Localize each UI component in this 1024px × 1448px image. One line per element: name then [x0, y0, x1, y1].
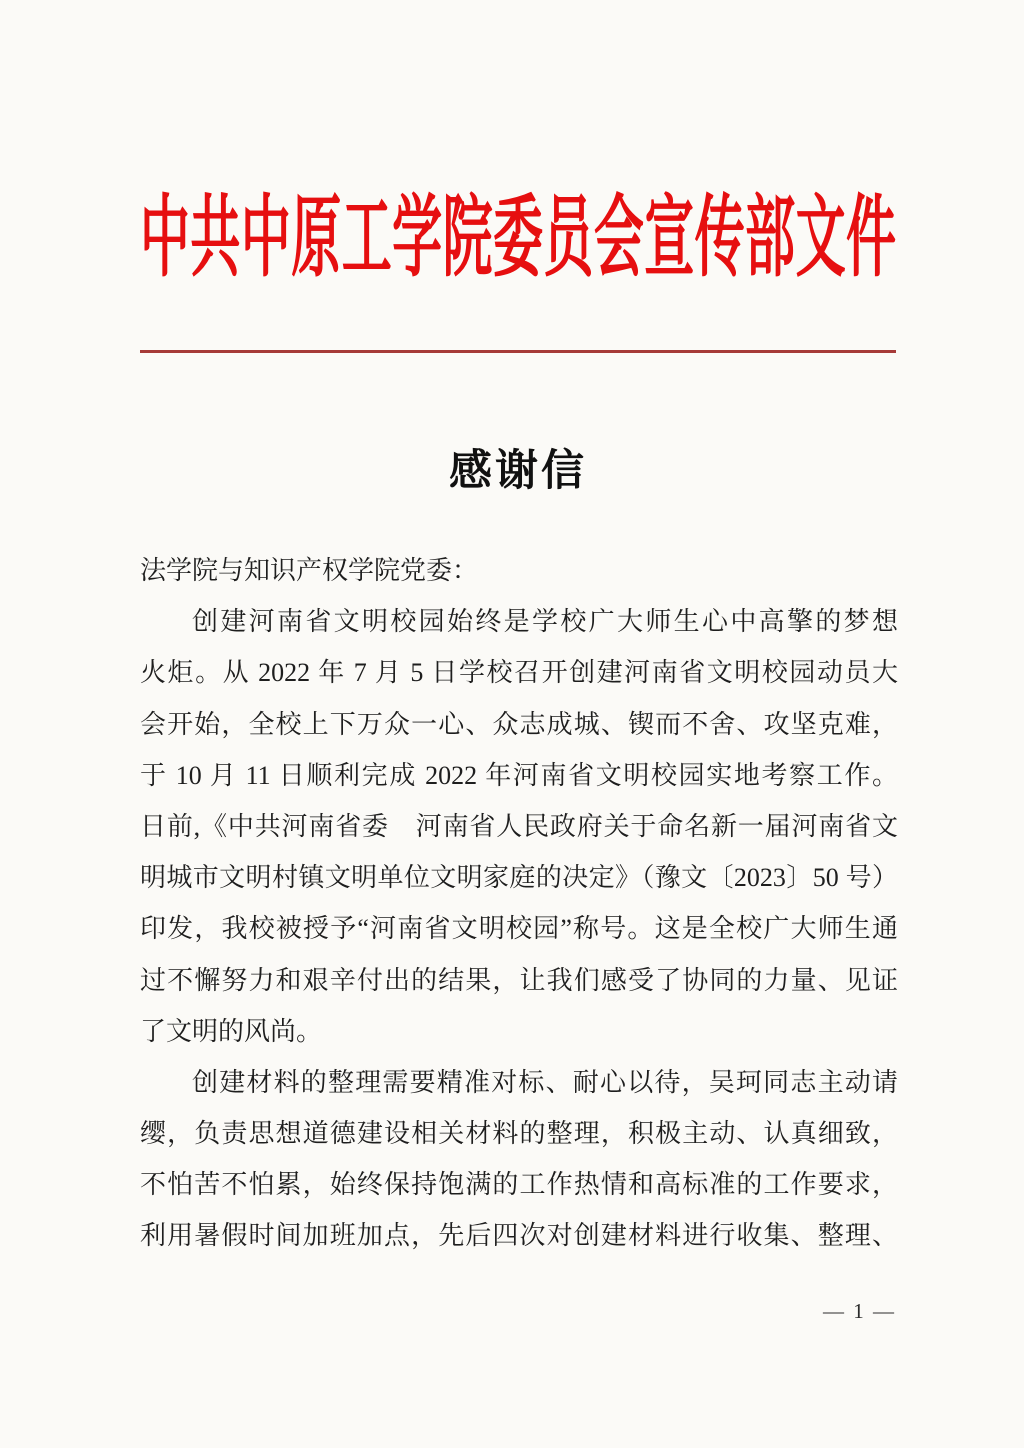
- red-header-title: 中共中原工学院委员会宣传部文件: [140, 186, 896, 289]
- body-line: 于 10 月 11 日顺利完成 2022 年河南省文明校园实地考察工作。: [140, 750, 898, 801]
- body-line: 创建河南省文明校园始终是学校广大师生心中高擎的梦想: [140, 596, 898, 647]
- body-line: 明城市文明村镇文明单位文明家庭的决定》（豫文〔2023〕50 号）: [140, 852, 898, 903]
- document-page: 中共中原工学院委员会宣传部文件 感谢信 法学院与知识产权学院党委： 创建河南省文…: [0, 0, 1024, 1448]
- red-divider-line: [140, 350, 896, 353]
- document-title: 感谢信: [140, 446, 896, 498]
- body-line: 日前,《中共河南省委 河南省人民政府关于命名新一届河南省文: [140, 801, 898, 852]
- body-line: 利用暑假时间加班加点，先后四次对创建材料进行收集、整理、: [140, 1210, 898, 1261]
- body-line: 不怕苦不怕累，始终保持饱满的工作热情和高标准的工作要求，: [140, 1159, 898, 1210]
- body-line: 印发，我校被授予“河南省文明校园”称号。这是全校广大师生通: [140, 903, 898, 954]
- body-line: 创建材料的整理需要精准对标、耐心以待，吴珂同志主动请: [140, 1057, 898, 1108]
- letter-body: 法学院与知识产权学院党委： 创建河南省文明校园始终是学校广大师生心中高擎的梦想 …: [140, 545, 898, 1262]
- body-line: 了文明的风尚。: [140, 1006, 898, 1057]
- page-number: — 1 —: [140, 1296, 896, 1326]
- body-line: 火炬。从 2022 年 7 月 5 日学校召开创建河南省文明校园动员大: [140, 647, 898, 698]
- salutation: 法学院与知识产权学院党委：: [140, 545, 898, 596]
- body-line: 过不懈努力和艰辛付出的结果，让我们感受了协同的力量、见证: [140, 955, 898, 1006]
- body-line: 会开始，全校上下万众一心、众志成城、锲而不舍、攻坚克难，: [140, 699, 898, 750]
- body-line: 缨，负责思想道德建设相关材料的整理，积极主动、认真细致，: [140, 1108, 898, 1159]
